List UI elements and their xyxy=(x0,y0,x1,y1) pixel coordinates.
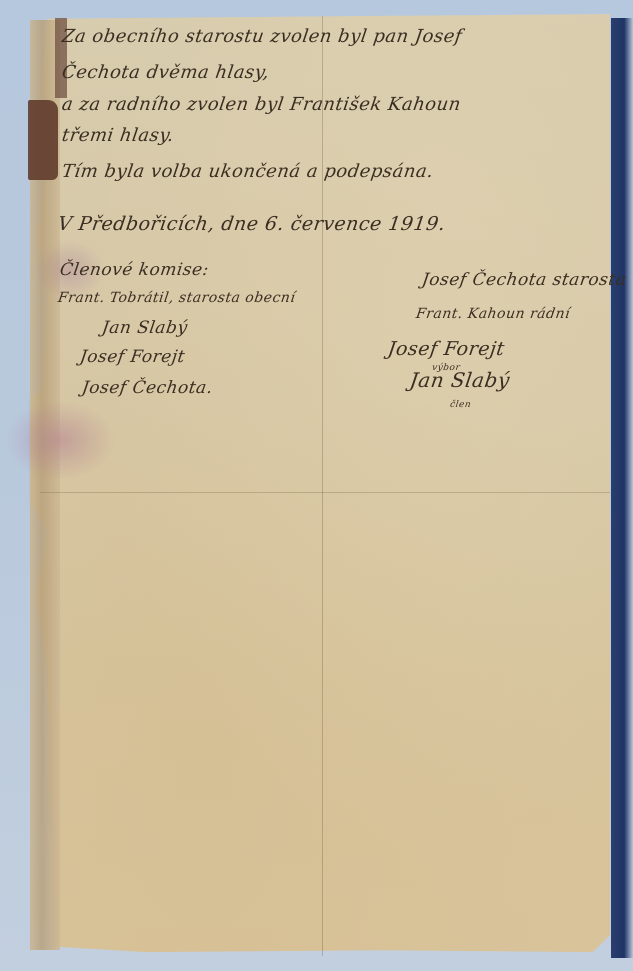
text-line-date: V Předbořicích, dne 6. července 1919. xyxy=(56,213,446,235)
commission-member-2: Jan Slabý xyxy=(101,318,189,338)
commission-member-4: Josef Čechota. xyxy=(81,378,214,398)
text-line-3: a za radního zvolen byl František Kahoun xyxy=(61,94,463,115)
signature-right-1: Josef Čechota starosta xyxy=(421,270,628,290)
signature-right-4: Jan Slabý xyxy=(408,368,511,392)
text-line-4: třemi hlasy. xyxy=(61,125,176,146)
text-line-1: Za obecního starostu zvolen byl pan Jose… xyxy=(61,26,464,47)
signature-right-2: Frant. Kahoun rádní xyxy=(415,306,571,322)
commission-member-1: Frant. Tobrátil, starosta obecní xyxy=(57,290,297,306)
signature-right-4-role: člen xyxy=(449,400,471,410)
commission-member-3: Josef Forejt xyxy=(79,347,187,367)
text-line-2: Čechota dvěma hlasy, xyxy=(61,62,271,83)
commission-heading: Členové komise: xyxy=(59,260,211,280)
handwritten-text: Za obecního starostu zvolen byl pan Jose… xyxy=(0,0,633,971)
text-line-5: Tím byla volba ukončená a podepsána. xyxy=(61,161,435,182)
signature-right-3: Josef Forejt xyxy=(386,338,506,360)
